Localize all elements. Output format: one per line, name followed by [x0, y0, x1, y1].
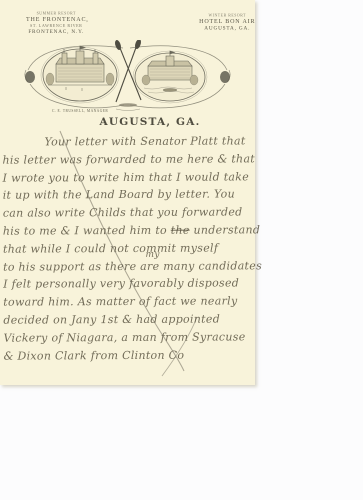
hand-line: & Dixon Clark from Clinton Co [4, 346, 254, 365]
hand-line: his letter was forwarded to me here & th… [2, 150, 252, 169]
handwritten-letter-body: Your letter with Senator Platt that his … [2, 132, 253, 365]
hand-line: Your letter with Senator Platt that [2, 132, 252, 151]
hand-text: to his support as there are many candida… [3, 259, 262, 273]
frontenac-name: THE FRONTENAC, [26, 16, 87, 23]
scanned-letter-photo: SUMMER RESORT THE FRONTENAC, ST. LAWRENC… [0, 0, 363, 500]
hand-line: toward him. As matter of fact we nearly [3, 293, 253, 312]
manager-caption: C. E. TRUSSELL, MANAGER [52, 109, 108, 113]
letterhead-right-resort: WINTER RESORT HOTEL BON AIR AUGUSTA, GA. [197, 13, 258, 31]
bon-air-city: AUGUSTA, GA. [197, 26, 258, 31]
hand-text: understand [190, 223, 261, 236]
bon-air-name: HOTEL BON AIR [197, 18, 258, 25]
dateline-city: AUGUSTA, GA. [88, 116, 212, 128]
winter-resort-label: WINTER RESORT [197, 13, 258, 17]
hand-line: that while I could not commit myself [3, 239, 253, 258]
hand-line: Vickery of Niagara, a man from Syracuse [3, 328, 253, 347]
hand-line-with-insertion: to his support as there are many candida… [3, 257, 253, 276]
frontenac-city: FRONTENAC, N.Y. [26, 29, 87, 35]
frontenac-river: ST. LAWRENCE RIVER [26, 23, 87, 28]
hand-line: I felt personally very favorably dispose… [3, 275, 253, 294]
hand-line: it up with the Land Board by letter. You [3, 186, 253, 205]
inserted-word-above-line: my [146, 250, 160, 259]
hand-line: can also write Childs that you forwarded [3, 204, 253, 223]
hotel-vignette-engraving-icon [20, 40, 235, 114]
hand-text: his to me & I wanted him to [3, 224, 171, 238]
hand-line-with-strikeout: his to me & I wanted him to the understa… [3, 221, 253, 240]
summer-resort-label: SUMMER RESORT [26, 11, 87, 15]
hand-line: decided on Jany 1st & had appointed [3, 310, 253, 329]
letter-paper: SUMMER RESORT THE FRONTENAC, ST. LAWRENC… [0, 0, 255, 385]
hand-line: I wrote you to write him that I would ta… [3, 168, 253, 187]
struck-out-word: the [171, 224, 190, 237]
letterhead-left-resort: SUMMER RESORT THE FRONTENAC, ST. LAWRENC… [26, 11, 87, 35]
